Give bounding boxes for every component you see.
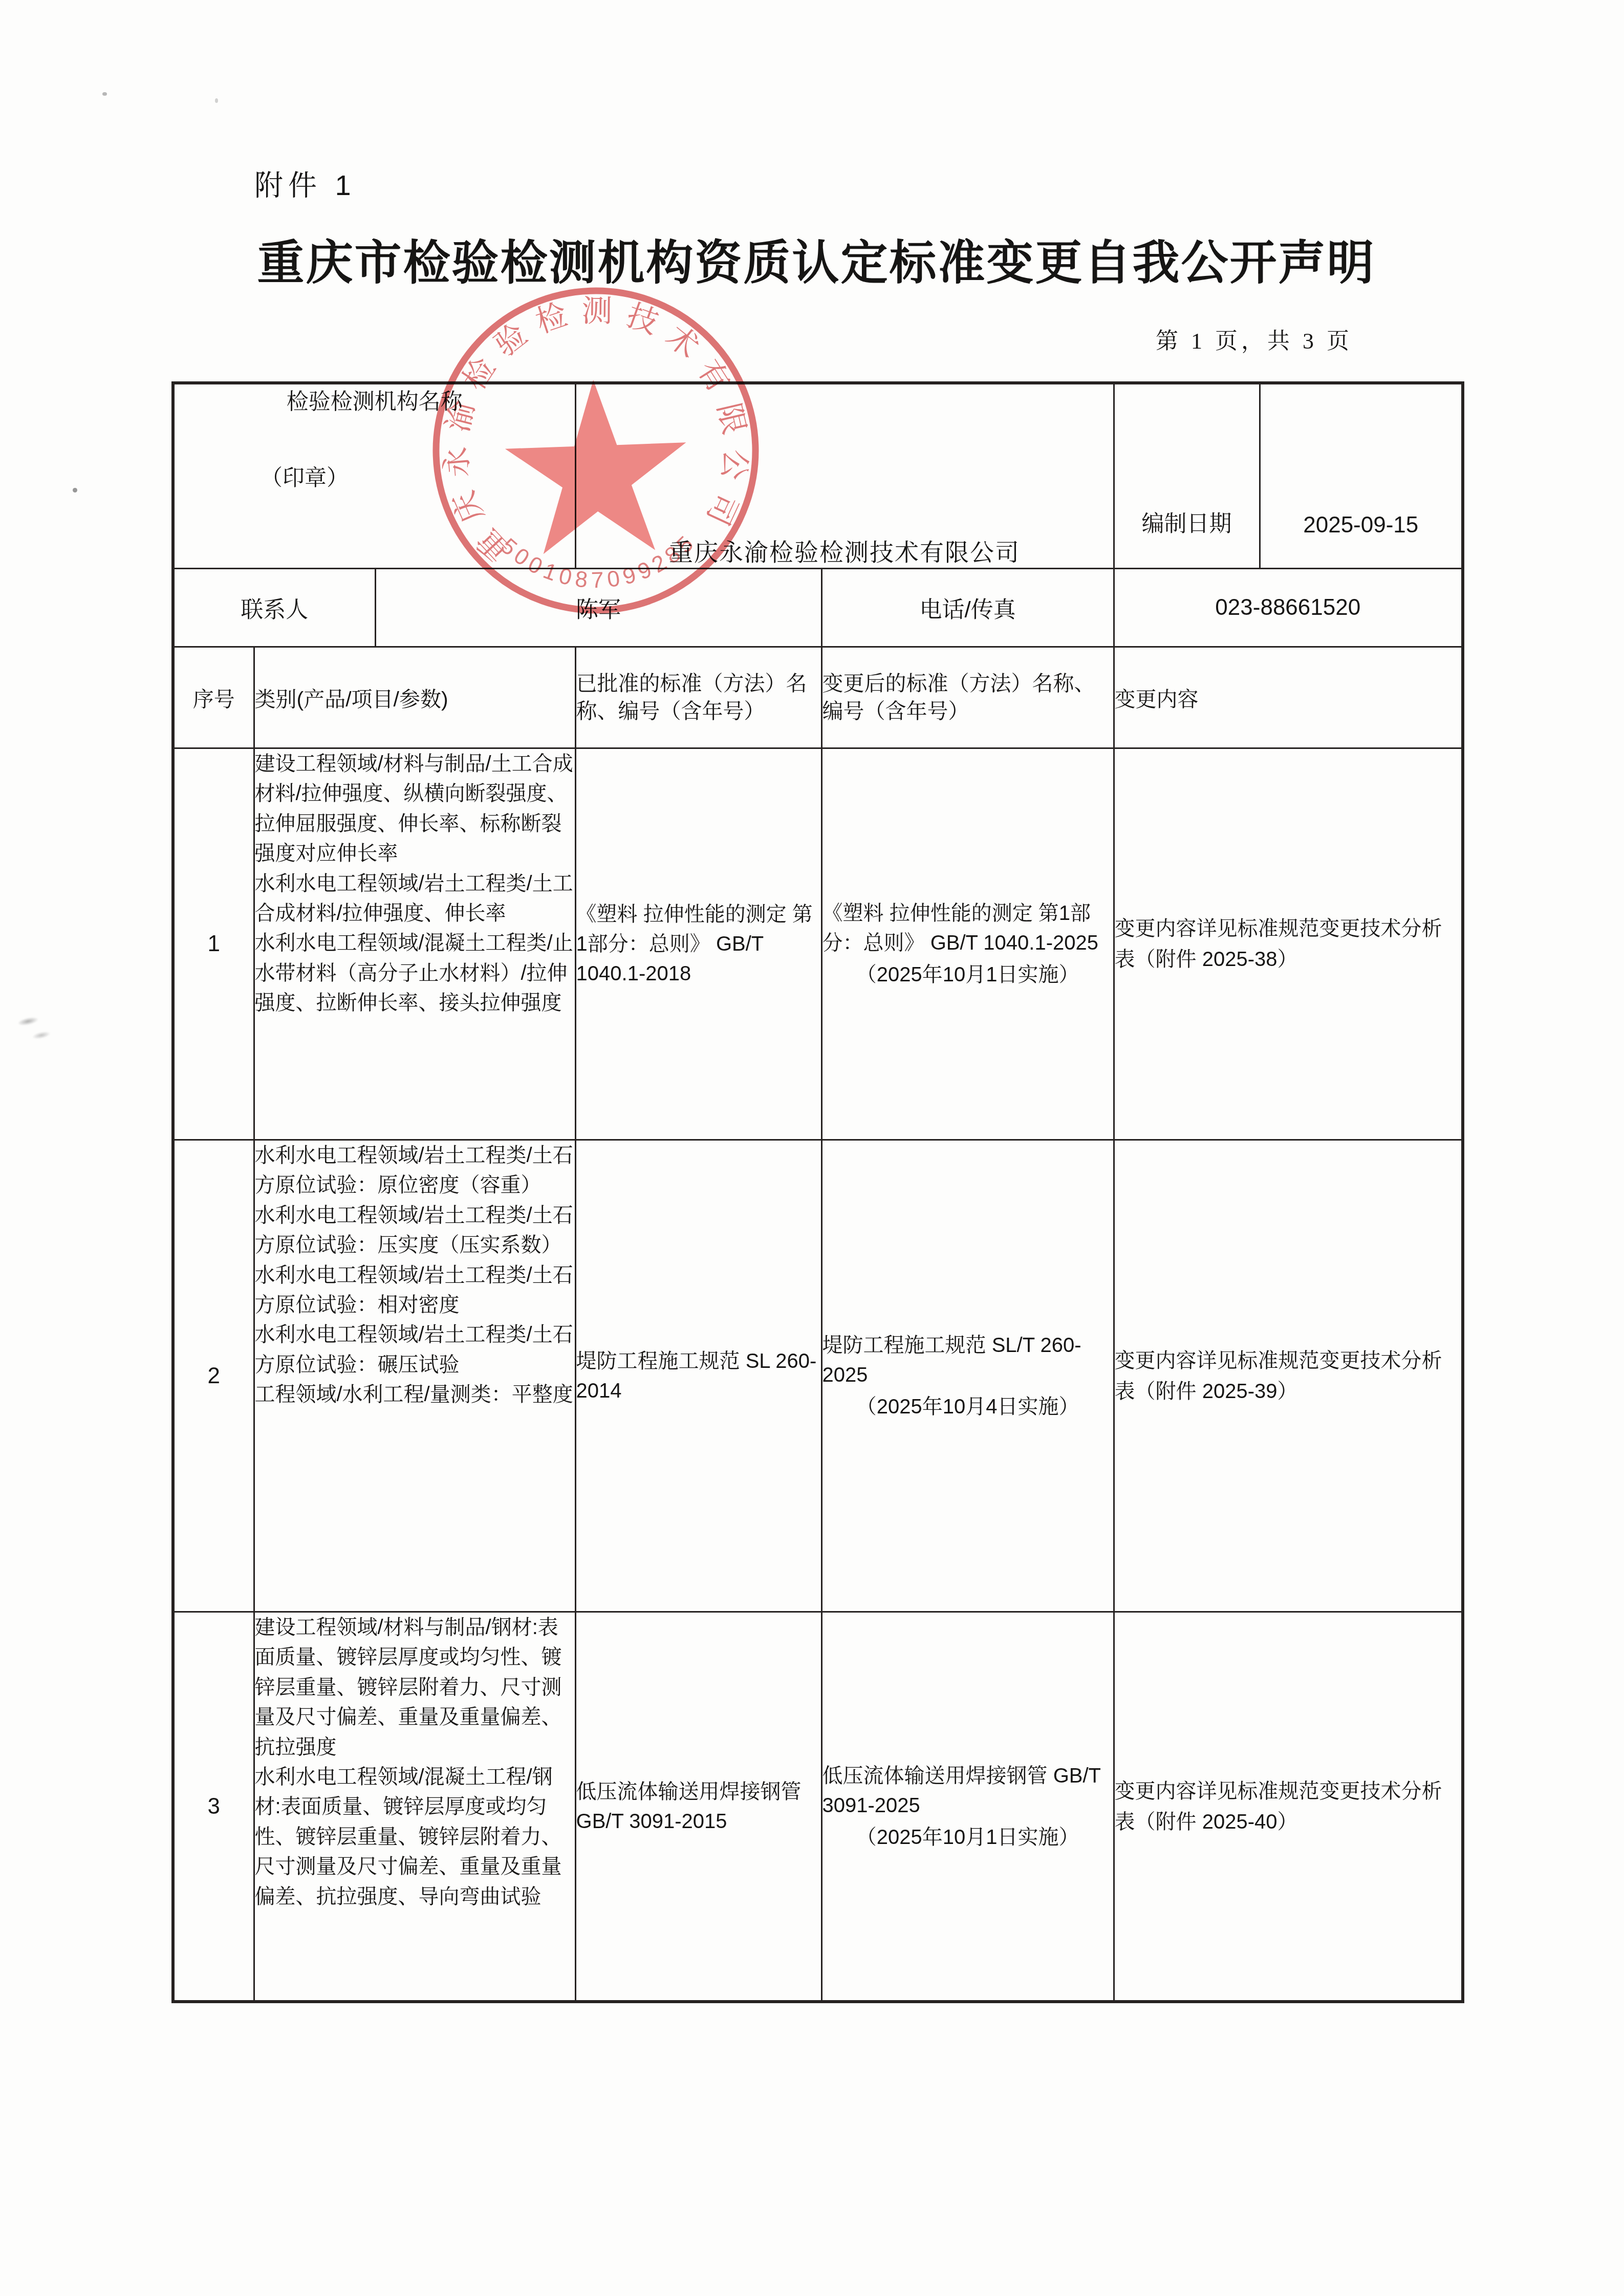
changed-standard-cell: 堤防工程施工规范 SL/T 260-2025 （2025年10月4日实施） — [821, 1140, 1114, 1612]
approved-standard-cell: 堤防工程施工规范 SL 260-2014 — [575, 1140, 821, 1612]
changed-standard-cell: 《塑料 拉伸性能的测定 第1部分：总则》 GB/T 1040.1-2025 （2… — [821, 748, 1114, 1140]
changed-standard: 堤防工程施工规范 SL/T 260-2025 — [822, 1331, 1113, 1390]
approved-standard: 堤防工程施工规范 SL 260-2014 — [576, 1346, 821, 1406]
change-content: 变更内容详见标准规范变更技术分析表（附件 2025-40） — [1115, 1776, 1462, 1837]
contact-info-row: 联系人 陈军 电话/传真 023-88661520 — [173, 569, 1463, 647]
table-header-row: 序号 类别(产品/项目/参数) 已批准的标准（方法）名称、编号（含年号） 变更后… — [173, 647, 1463, 748]
implementation-note: （2025年10月4日实施） — [822, 1392, 1113, 1422]
page-indicator: 第 1 页，共 3 页 — [1156, 323, 1353, 355]
row-number: 1 — [173, 748, 254, 1140]
category-item: 水利水电工程领域/岩土工程类/土石方原位试验：碾压试验 — [255, 1320, 575, 1380]
scan-artifact — [15, 1004, 57, 1052]
approved-standard: 《塑料 拉伸性能的测定 第1部分：总则》 GB/T 1040.1-2018 — [576, 899, 821, 989]
table-row: 2 水利水电工程领域/岩土工程类/土石方原位试验：原位密度（容重） 水利水电工程… — [173, 1140, 1463, 1612]
col-header-approved: 已批准的标准（方法）名称、编号（含年号） — [575, 647, 821, 748]
scan-artifact — [215, 98, 218, 103]
date-label: 编制日期 — [1114, 383, 1260, 569]
category-item: 建设工程领域/材料与制品/土工合成材料/拉伸强度、纵横向断裂强度、拉伸屈服强度、… — [255, 749, 575, 869]
phone-value: 023-88661520 — [1114, 569, 1463, 647]
category-item: 工程领域/水利工程/量测类：平整度 — [255, 1380, 575, 1409]
document-title: 重庆市检验检测机构资质认定标准变更自我公开声明 — [171, 225, 1461, 293]
category-item: 水利水电工程领域/岩土工程类/土石方原位试验：相对密度 — [255, 1260, 575, 1320]
category-item: 水利水电工程领域/混凝土工程类/止水带材料（高分子止水材料）/拉伸强度、拉断伸长… — [255, 928, 575, 1018]
category-item: 水利水电工程领域/岩土工程类/土石方原位试验：压实度（压实系数） — [255, 1200, 575, 1260]
table-row: 1 建设工程领域/材料与制品/土工合成材料/拉伸强度、纵横向断裂强度、拉伸屈服强… — [173, 748, 1463, 1140]
category-item: 水利水电工程领域/混凝土工程/钢材:表面质量、镀锌层厚度或均匀性、镀锌层重量、镀… — [255, 1762, 575, 1912]
table-row: 3 建设工程领域/材料与制品/钢材:表面质量、镀锌层厚度或均匀性、镀锌层重量、镀… — [173, 1612, 1463, 2002]
category-item: 水利水电工程领域/岩土工程类/土石方原位试验：原位密度（容重） — [255, 1141, 575, 1200]
implementation-note: （2025年10月1日实施） — [822, 960, 1113, 990]
category-cell: 建设工程领域/材料与制品/钢材:表面质量、镀锌层厚度或均匀性、镀锌层重量、镀锌层… — [254, 1612, 575, 2002]
changed-standard-cell: 低压流体输送用焊接钢管 GB/T 3091-2025 （2025年10月1日实施… — [821, 1612, 1114, 2002]
main-table: 检验检测机构名称 （印章） 重庆永渝检验检测技术有限公司 编制日期 2025-0… — [171, 381, 1464, 2003]
org-seal-label: （印章） — [175, 461, 575, 492]
change-content-cell: 变更内容详见标准规范变更技术分析表（附件 2025-39） — [1114, 1140, 1463, 1612]
phone-label: 电话/传真 — [821, 569, 1114, 647]
org-name-value: 重庆永渝检验检测技术有限公司 — [575, 383, 1114, 569]
contact-label: 联系人 — [173, 569, 375, 647]
category-item: 水利水电工程领域/岩土工程类/土工合成材料/拉伸强度、伸长率 — [255, 869, 575, 929]
org-name-cell: 检验检测机构名称 （印章） — [173, 383, 575, 569]
category-item: 建设工程领域/材料与制品/钢材:表面质量、镀锌层厚度或均匀性、镀锌层重量、镀锌层… — [255, 1613, 575, 1762]
col-header-content: 变更内容 — [1114, 647, 1463, 748]
scan-artifact — [73, 488, 77, 492]
row-number: 2 — [173, 1140, 254, 1612]
category-cell: 建设工程领域/材料与制品/土工合成材料/拉伸强度、纵横向断裂强度、拉伸屈服强度、… — [254, 748, 575, 1140]
change-content-cell: 变更内容详见标准规范变更技术分析表（附件 2025-40） — [1114, 1612, 1463, 2002]
org-name-label: 检验检测机构名称 — [175, 384, 575, 416]
col-header-no: 序号 — [173, 647, 254, 748]
org-info-row: 检验检测机构名称 （印章） 重庆永渝检验检测技术有限公司 编制日期 2025-0… — [173, 383, 1463, 569]
approved-standard-cell: 低压流体输送用焊接钢管 GB/T 3091-2015 — [575, 1612, 821, 2002]
contact-value: 陈军 — [375, 569, 821, 647]
scan-artifact — [102, 92, 107, 96]
changed-standard: 《塑料 拉伸性能的测定 第1部分：总则》 GB/T 1040.1-2025 — [822, 898, 1113, 958]
category-cell: 水利水电工程领域/岩土工程类/土石方原位试验：原位密度（容重） 水利水电工程领域… — [254, 1140, 575, 1612]
date-value: 2025-09-15 — [1260, 383, 1463, 569]
attachment-label: 附件 1 — [254, 163, 356, 204]
implementation-note: （2025年10月1日实施） — [822, 1822, 1113, 1852]
changed-standard: 低压流体输送用焊接钢管 GB/T 3091-2025 — [822, 1761, 1113, 1820]
approved-standard-cell: 《塑料 拉伸性能的测定 第1部分：总则》 GB/T 1040.1-2018 — [575, 748, 821, 1140]
row-number: 3 — [173, 1612, 254, 2002]
col-header-changed: 变更后的标准（方法）名称、编号（含年号） — [821, 647, 1114, 748]
document-page: 附件 1 重庆市检验检测机构资质认定标准变更自我公开声明 第 1 页，共 3 页… — [0, 0, 1624, 2296]
change-content-cell: 变更内容详见标准规范变更技术分析表（附件 2025-38） — [1114, 748, 1463, 1140]
change-content: 变更内容详见标准规范变更技术分析表（附件 2025-38） — [1115, 913, 1462, 975]
change-content: 变更内容详见标准规范变更技术分析表（附件 2025-39） — [1115, 1345, 1462, 1407]
approved-standard: 低压流体输送用焊接钢管 GB/T 3091-2015 — [576, 1777, 821, 1836]
col-header-category: 类别(产品/项目/参数) — [254, 647, 575, 748]
